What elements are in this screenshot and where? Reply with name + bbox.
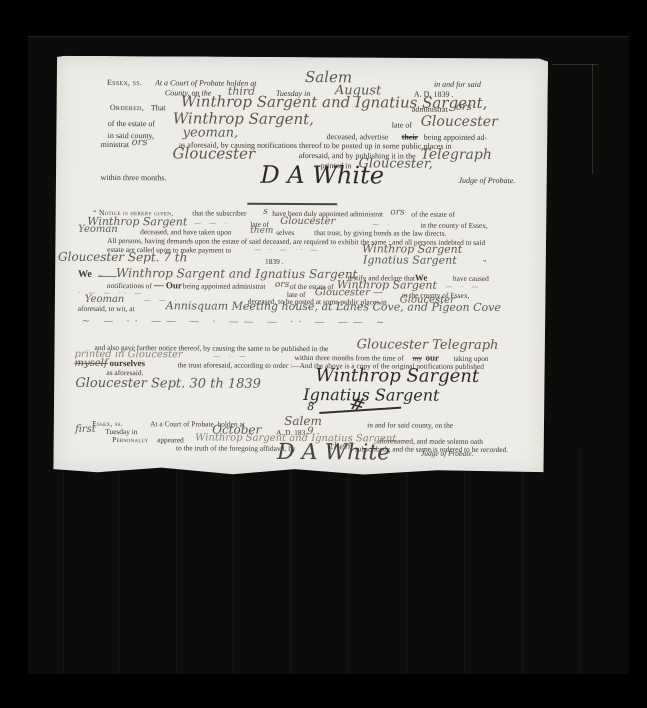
posting-places-entry: Annisquam Meeting house, at Lanes Cove, … — [166, 300, 501, 313]
judge-signature: D A White — [277, 442, 390, 465]
pen-mark-8: 8 — [307, 401, 314, 412]
film-streak — [176, 437, 177, 674]
struck-myself: myself — [74, 359, 107, 369]
film-streak — [290, 442, 291, 674]
newspaper-entry: Gloucester Telegraph — [357, 338, 499, 352]
pen-squiggle-line: ~ — ·· —— — · —— — ·· — —— ~ — [82, 317, 390, 329]
town-entry: Gloucester — [421, 115, 498, 129]
printed-year: 1839 . — [265, 258, 284, 266]
ourselves-correction: ourselves — [109, 359, 145, 368]
ors-entry: ors — [456, 103, 472, 113]
administrat-label: administrat — [412, 106, 448, 114]
microfilm-photo: Essex, ss. At a Court of Probate holden … — [0, 0, 647, 708]
probate-document: Essex, ss. At a Court of Probate holden … — [53, 56, 548, 477]
struck-word: — — [154, 282, 164, 289]
section-divider — [247, 203, 337, 205]
judge-title: Judge of Probate. — [458, 177, 515, 185]
deponent-names-entry: Winthrop Sargent and Ignatius Sargent — [116, 267, 358, 280]
said-county-phrase: in and for said — [434, 81, 481, 89]
closing-quote: ” — [483, 259, 486, 266]
plural-s-entry: s — [263, 208, 268, 217]
subscriber-clause: that the subscriber — [192, 209, 246, 217]
we-label: We — [78, 270, 92, 280]
ordered-label: Ordered, — [110, 104, 144, 112]
film-streak — [406, 439, 407, 674]
pen-dashes: — · — ·· — — [254, 247, 321, 254]
selves-label: selves — [276, 229, 294, 237]
ministrat-label: ministrat — [101, 141, 129, 149]
ors-entry: ors — [275, 281, 289, 290]
occupation-entry: Yeoman — [78, 225, 118, 235]
film-streak — [233, 452, 234, 674]
film-streak — [118, 447, 119, 674]
dateline-entry: Gloucester Sept. 7 th — [58, 251, 187, 264]
estate-of-label: of the estate of — [108, 120, 155, 128]
ors-entry: ors — [132, 138, 148, 148]
said-county-phrase: in and for said county, on the — [367, 421, 453, 429]
being-appointed-clause: being appointed administrat — [183, 282, 266, 290]
town-entry: Gloucester — [280, 217, 335, 227]
posting-town-entry: Gloucester — [173, 146, 256, 161]
week-entry: first — [75, 425, 96, 435]
struck-word: ~— — [98, 273, 117, 280]
dateline-entry: Gloucester Sept. 30 th 1839 — [75, 377, 261, 391]
film-streak — [464, 452, 465, 674]
trust-clause: that trust, by giving bonds as the law d… — [314, 229, 446, 237]
crosshatch-mark: # — [347, 393, 368, 416]
ghost-card-edge — [592, 64, 593, 174]
that-label: That — [151, 104, 166, 112]
estate-of-label: of the estate of — [411, 211, 455, 219]
signature-winthrop: Winthrop Sargent — [315, 367, 479, 386]
subscriber-name-2: Ignatius Sargent — [363, 254, 457, 265]
film-streak — [348, 449, 349, 674]
personally-label: Personally — [112, 436, 148, 444]
to-wit-label: aforesaid, to wit, at — [78, 305, 135, 313]
film-streak — [63, 442, 64, 674]
film-streak — [522, 442, 523, 674]
three-months-label: within three months. — [100, 174, 166, 182]
signature-ignatius: Ignatius Sargent — [303, 387, 439, 404]
our-correction: Our — [166, 281, 182, 290]
occupation-entry: yeoman, — [183, 126, 239, 139]
caused-label: have caused — [453, 275, 489, 283]
their-correction: their — [402, 134, 418, 142]
taken-clause: deceased, and have taken upon — [140, 228, 231, 236]
them-entry: them — [250, 227, 273, 236]
ors-entry: ors — [390, 208, 404, 217]
film-streak — [580, 447, 581, 674]
late-of-label: late of — [392, 121, 412, 129]
judge-title: Judge of Probate. — [421, 450, 474, 458]
county-label: Essex, ss. — [107, 79, 142, 87]
judge-signature: D A White — [260, 163, 384, 188]
